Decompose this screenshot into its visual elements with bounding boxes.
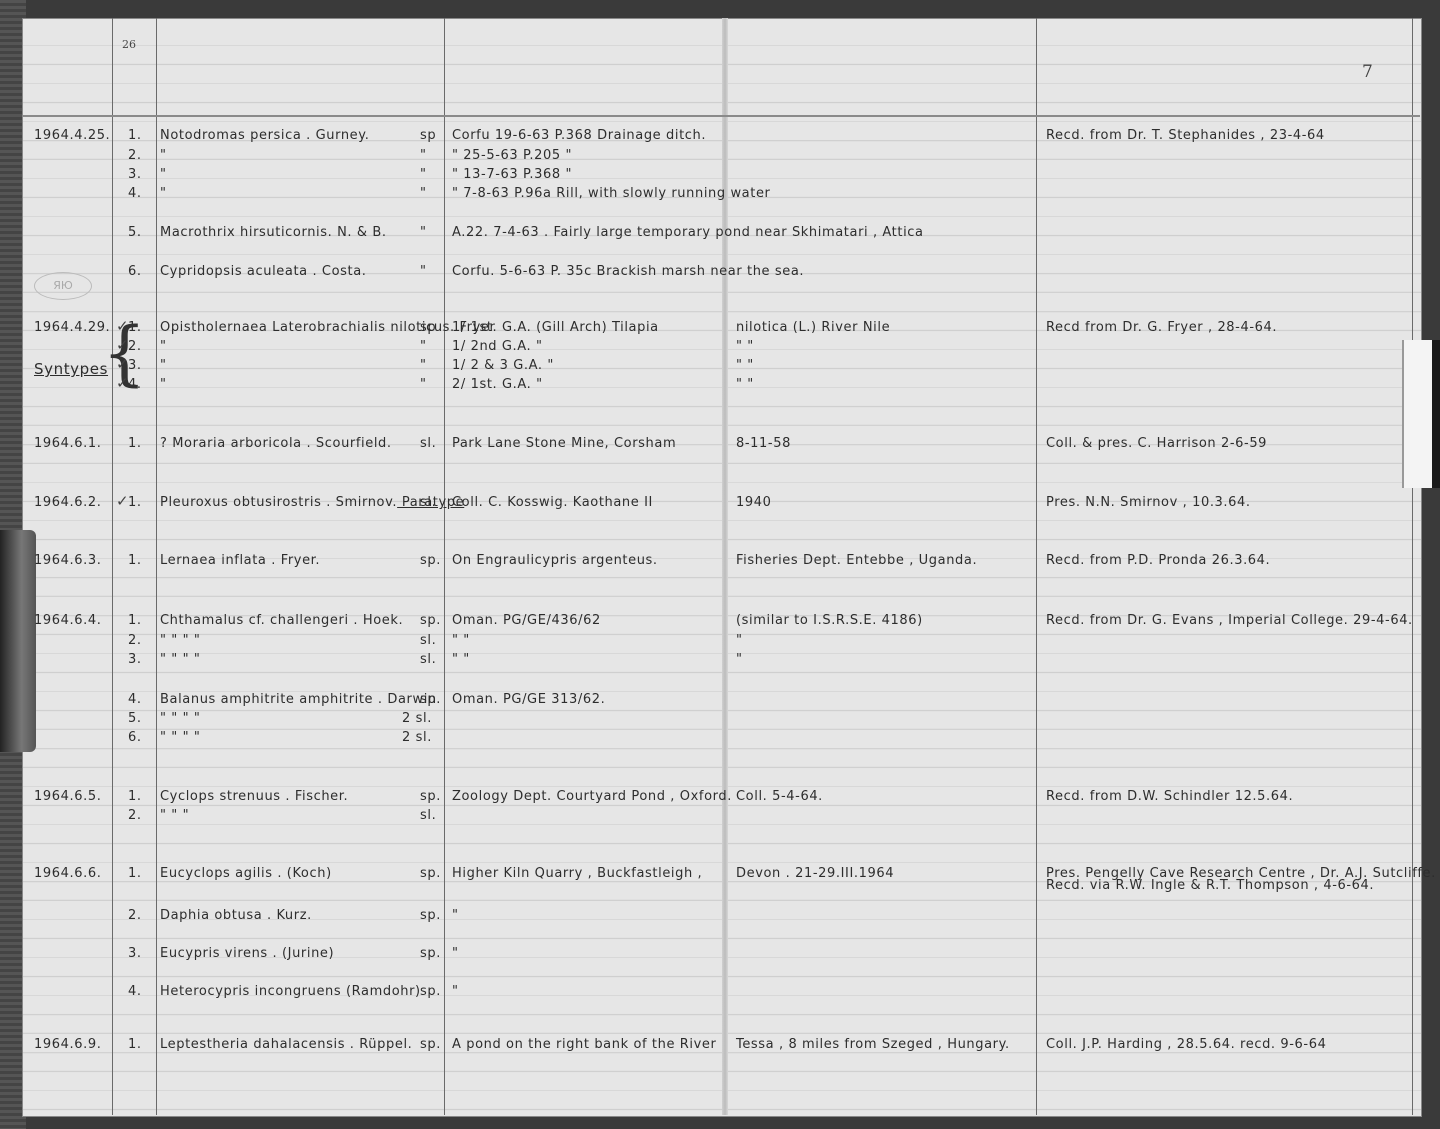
taxon-name: " <box>160 358 167 373</box>
taxon-name: ? Moraria arboricola . Scourfield. <box>160 436 392 451</box>
preparation-type: " <box>420 264 427 279</box>
page-gutter <box>722 18 728 1115</box>
register-number: 1964.4.25. <box>34 128 110 143</box>
taxon-name: Eucypris virens . (Jurine) <box>160 946 334 961</box>
taxon-name: " " " " <box>160 633 201 648</box>
taxon-name: Cypridopsis aculeata . Costa. <box>160 264 367 279</box>
remarks: Recd. from D.W. Schindler 12.5.64. <box>1046 789 1293 804</box>
preparation-type: sp. <box>420 553 441 568</box>
locality: Coll. C. Kosswig. Kaothane II <box>452 495 653 510</box>
preparation-type: sp <box>420 128 436 143</box>
item-number: 3. <box>128 652 142 667</box>
preparation-type: sl. <box>420 495 436 510</box>
item-number: 6. <box>128 264 142 279</box>
locality: Oman. PG/GE/436/62 <box>452 613 601 628</box>
taxon-name: Daphia obtusa . Kurz. <box>160 908 312 923</box>
item-number: 2. <box>128 148 142 163</box>
register-number: 1964.6.1. <box>34 436 101 451</box>
item-number: 1. <box>128 553 142 568</box>
column-rule <box>1412 18 1413 1115</box>
item-number: 5. <box>128 225 142 240</box>
locality-detail: Fisheries Dept. Entebbe , Uganda. <box>736 553 977 568</box>
taxon-name: " <box>160 148 167 163</box>
taxon-name: Eucyclops agilis . (Koch) <box>160 866 332 881</box>
taxon-name: Notodromas persica . Gurney. <box>160 128 369 143</box>
remarks: Coll. & pres. C. Harrison 2-6-59 <box>1046 436 1267 451</box>
item-number: 1. <box>128 128 142 143</box>
locality: 1/ 2 & 3 G.A. " <box>452 358 554 373</box>
preparation-type: " <box>420 148 427 163</box>
locality-detail: (similar to I.S.R.S.E. 4186) <box>736 613 923 628</box>
taxon-name: Opistholernaea Laterobrachialis niloticu… <box>160 320 495 335</box>
taxon-name: " " " <box>160 808 189 823</box>
taxon-name: Heterocypris incongruens (Ramdohr) <box>160 984 421 999</box>
remarks: Recd. from Dr. T. Stephanides , 23-4-64 <box>1046 128 1325 143</box>
locality: 1/ 1st. G.A. (Gill Arch) Tilapia <box>452 320 659 335</box>
preparation-type: sp. <box>420 1037 441 1052</box>
locality-detail: " <box>736 633 743 648</box>
remarks: Pres. N.N. Smirnov , 10.3.64. <box>1046 495 1251 510</box>
preparation-type: 2 sl. <box>402 730 432 745</box>
item-number: 1. <box>128 613 142 628</box>
taxon-name: " <box>160 167 167 182</box>
remarks: Recd. from P.D. Pronda 26.3.64. <box>1046 553 1270 568</box>
taxon-name: Macrothrix hirsuticornis. N. & B. <box>160 225 387 240</box>
preparation-type: sp. <box>420 984 441 999</box>
preparation-type: " <box>420 358 427 373</box>
item-number: 2. <box>128 633 142 648</box>
locality: A.22. 7-4-63 . Fairly large temporary po… <box>452 225 924 240</box>
locality: " " <box>452 633 470 648</box>
left-page-number: 26 <box>122 38 136 51</box>
locality: 2/ 1st. G.A. " <box>452 377 543 392</box>
preparation-type: " <box>420 377 427 392</box>
preparation-type: sl. <box>420 652 436 667</box>
item-number: 1. <box>128 789 142 804</box>
locality-detail: Coll. 5-4-64. <box>736 789 823 804</box>
remarks: Recd. from Dr. G. Evans , Imperial Colle… <box>1046 613 1413 628</box>
taxon-name: Pleuroxus obtusirostris . Smirnov. Parat… <box>160 495 464 510</box>
preparation-type: sp. <box>420 789 441 804</box>
locality: " " <box>452 652 470 667</box>
taxon-name: " <box>160 339 167 354</box>
check-mark-icon: ✓ <box>116 317 129 335</box>
item-number: 2. <box>128 808 142 823</box>
taxon-name: Lernaea inflata . Fryer. <box>160 553 320 568</box>
locality: " 7-8-63 P.96a Rill, with slowly running… <box>452 186 771 201</box>
locality: " <box>452 946 459 961</box>
locality: Park Lane Stone Mine, Corsham <box>452 436 676 451</box>
preparation-type: " <box>420 225 427 240</box>
taxon-name: Chthamalus cf. challengeri . Hoek. <box>160 613 403 628</box>
locality: On Engraulicypris argenteus. <box>452 553 658 568</box>
item-number: 3. <box>128 946 142 961</box>
preparation-type: sl. <box>420 808 436 823</box>
locality-detail: nilotica (L.) River Nile <box>736 320 890 335</box>
preparation-type: sl. <box>420 436 436 451</box>
taxon-name: " " " " <box>160 652 201 667</box>
preparation-type: sp. <box>420 692 441 707</box>
locality-detail: " " <box>736 377 754 392</box>
preparation-type: sl. <box>420 633 436 648</box>
preparation-type: sp. <box>420 908 441 923</box>
locality: 1/ 2nd G.A. " <box>452 339 543 354</box>
locality-detail: Tessa , 8 miles from Szeged , Hungary. <box>736 1037 1010 1052</box>
register-number: 1964.4.29. <box>34 320 110 335</box>
item-number: 4. <box>128 186 142 201</box>
item-number: 6. <box>128 730 142 745</box>
locality: Oman. PG/GE 313/62. <box>452 692 605 707</box>
register-number: 1964.6.4. <box>34 613 101 628</box>
locality: " 13-7-63 P.368 " <box>452 167 572 182</box>
item-number: 1. <box>128 1037 142 1052</box>
right-page-number: 7 <box>1362 62 1373 82</box>
preparation-type: " <box>420 167 427 182</box>
check-mark-icon: ✓ <box>116 355 129 373</box>
item-number: 1. <box>128 495 142 510</box>
preparation-type: sp. <box>420 866 441 881</box>
locality-detail: 1940 <box>736 495 771 510</box>
page-clip <box>0 530 36 752</box>
preparation-type: sp <box>420 320 436 335</box>
remarks: Recd. via R.W. Ingle & R.T. Thompson , 4… <box>1046 878 1374 893</box>
preparation-type: sp. <box>420 946 441 961</box>
locality-detail: " " <box>736 339 754 354</box>
item-number: 4. <box>128 692 142 707</box>
register-number: 1964.6.5. <box>34 789 101 804</box>
taxon-name: " " " " <box>160 711 201 726</box>
locality: " <box>452 984 459 999</box>
faded-stamp: ЯЮ <box>34 272 92 300</box>
remarks: Coll. J.P. Harding , 28.5.64. recd. 9-6-… <box>1046 1037 1326 1052</box>
column-rule <box>1036 18 1037 1115</box>
check-mark-icon: ✓ <box>116 336 129 354</box>
register-number: 1964.6.2. <box>34 495 101 510</box>
check-mark-icon: ✓ <box>116 374 129 392</box>
column-rule <box>444 18 445 1115</box>
locality-detail: " <box>736 652 743 667</box>
preparation-type: " <box>420 339 427 354</box>
column-rule <box>112 18 113 1115</box>
locality: A pond on the right bank of the River <box>452 1037 716 1052</box>
preparation-type: sp. <box>420 613 441 628</box>
locality: " 25-5-63 P.205 " <box>452 148 572 163</box>
remarks: Recd from Dr. G. Fryer , 28-4-64. <box>1046 320 1277 335</box>
taxon-name: Leptestheria dahalacensis . Rüppel. <box>160 1037 412 1052</box>
register-number: 1964.6.3. <box>34 553 101 568</box>
locality-detail: 8-11-58 <box>736 436 791 451</box>
item-number: 5. <box>128 711 142 726</box>
locality: " <box>452 908 459 923</box>
taxon-name: Cyclops strenuus . Fischer. <box>160 789 348 804</box>
locality: Corfu 19-6-63 P.368 Drainage ditch. <box>452 128 706 143</box>
preparation-type: " <box>420 186 427 201</box>
locality-detail: " " <box>736 358 754 373</box>
item-number: 1. <box>128 436 142 451</box>
preparation-type: 2 sl. <box>402 711 432 726</box>
item-number: 3. <box>128 167 142 182</box>
header-rule <box>22 115 1420 117</box>
register-number: 1964.6.9. <box>34 1037 101 1052</box>
locality: Corfu. 5-6-63 P. 35c Brackish marsh near… <box>452 264 804 279</box>
index-tab <box>1402 340 1440 488</box>
check-mark-icon: ✓ <box>116 492 129 510</box>
taxon-name: " <box>160 377 167 392</box>
locality-detail: Devon . 21-29.III.1964 <box>736 866 894 881</box>
register-number: 1964.6.6. <box>34 866 101 881</box>
syntypes-label: Syntypes <box>34 360 108 378</box>
item-number: 4. <box>128 984 142 999</box>
locality: Zoology Dept. Courtyard Pond , Oxford. <box>452 789 732 804</box>
item-number: 2. <box>128 908 142 923</box>
taxon-name: Balanus amphitrite amphitrite . Darwin <box>160 692 437 707</box>
taxon-name: " " " " <box>160 730 201 745</box>
taxon-name: " <box>160 186 167 201</box>
item-number: 1. <box>128 866 142 881</box>
locality: Higher Kiln Quarry , Buckfastleigh , <box>452 866 702 881</box>
column-rule <box>156 18 157 1115</box>
